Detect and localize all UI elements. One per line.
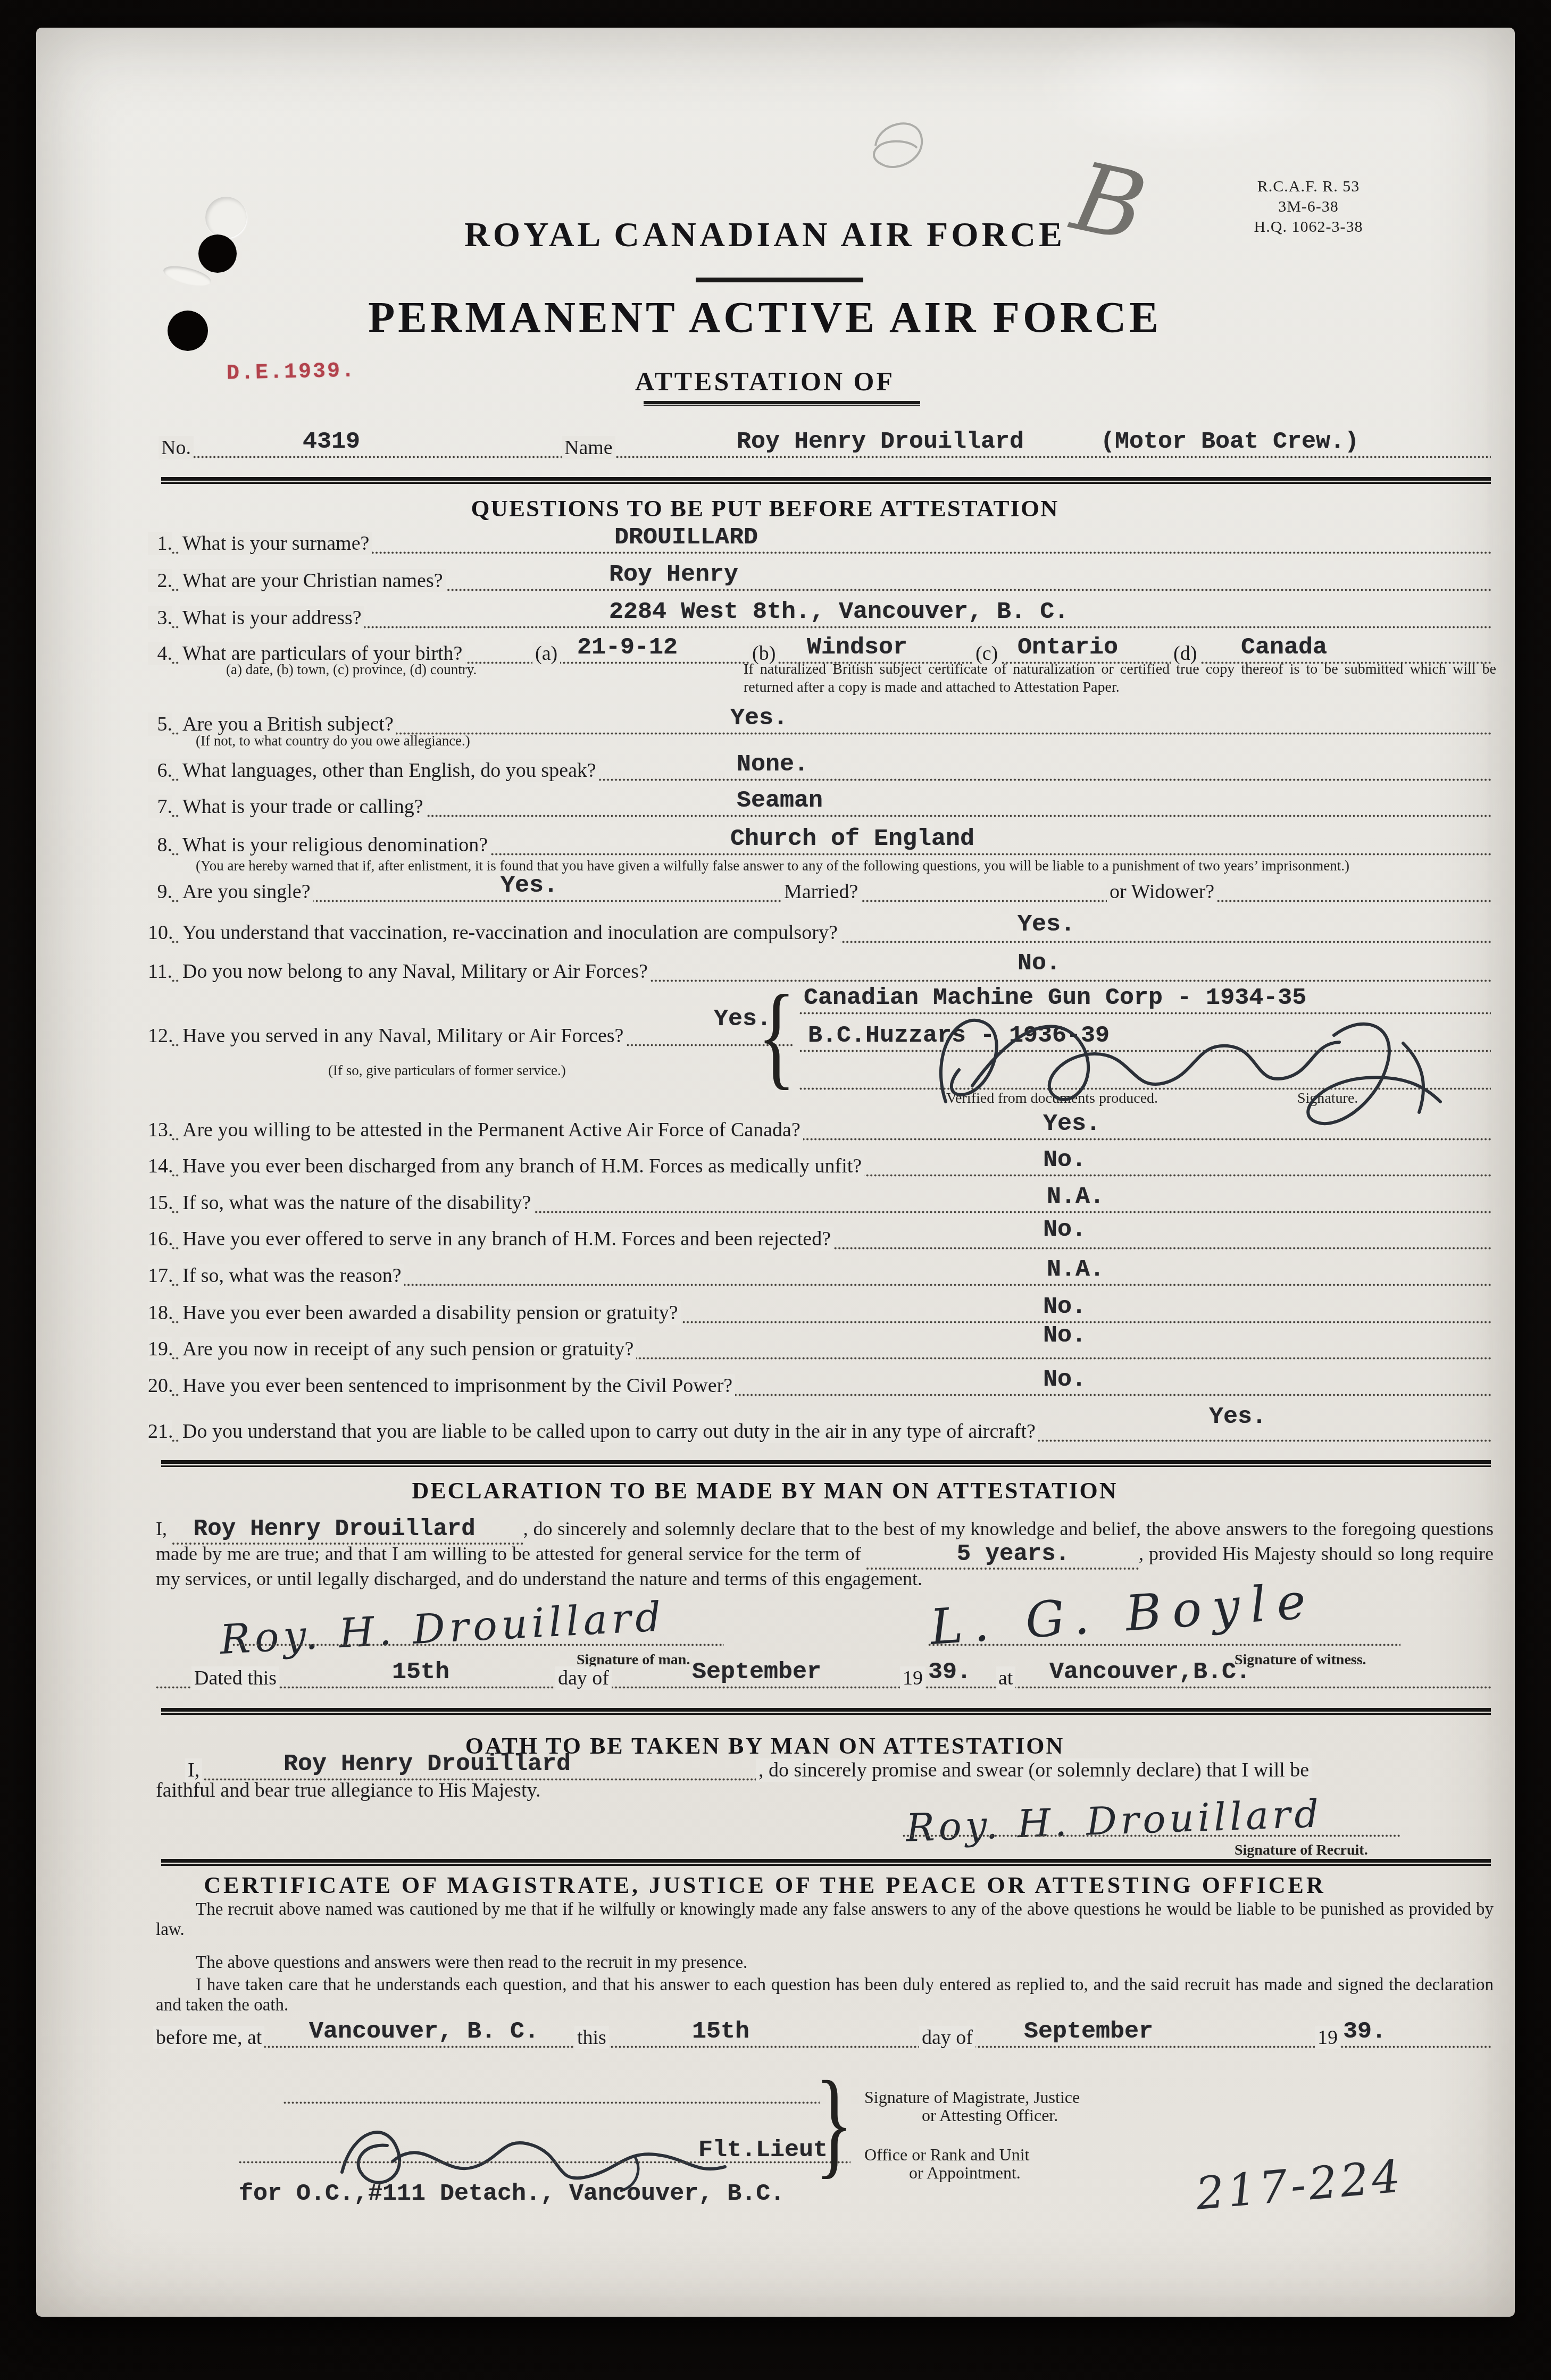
certificate-year-prefix-label: 19 <box>1315 2026 1340 2049</box>
question-15-number: 15. <box>148 1191 172 1214</box>
dated-month-typed: September <box>692 1658 821 1686</box>
question-6-answer: None. <box>737 751 808 778</box>
question-row-10: 10. You understand that vaccination, re-… <box>148 921 1491 945</box>
dotted-leader <box>232 1644 724 1646</box>
question-2-number: 2. <box>148 569 172 592</box>
question-18-number: 18. <box>148 1301 172 1325</box>
question-1-text: What is your surname? <box>180 532 372 555</box>
man-signature-line <box>232 1624 724 1648</box>
this-label: this <box>574 2026 609 2049</box>
question-10-answer: Yes. <box>1018 911 1075 938</box>
question-14-answer: No. <box>1043 1146 1086 1174</box>
form-ref-1: R.C.A.F. R. 53 <box>1239 177 1378 197</box>
question-row-12: 12. Have you served in any Naval, Milita… <box>148 1024 793 1049</box>
question-12-note: (If so, give particulars of former servi… <box>328 1062 566 1079</box>
question-15-answer: N.A. <box>1047 1183 1104 1210</box>
at-label: at <box>996 1666 1015 1690</box>
oath-name-typed: Roy Henry Drouillard <box>283 1750 571 1778</box>
question-row-9: 9. Are you single? Yes. Married? or Wido… <box>148 880 1491 904</box>
title-attestation-of: ATTESTATION OF <box>36 366 1494 397</box>
question-19-answer: No. <box>1043 1322 1086 1349</box>
declaration-term-typed: 5 years. <box>866 1541 1139 1570</box>
question-row-13: 13. Are you willing to be attested in th… <box>148 1118 1491 1143</box>
question-5-number: 5. <box>148 713 172 736</box>
question-7-answer: Seaman <box>737 787 823 814</box>
question-1-answer: DROUILLARD <box>614 524 758 551</box>
question-row-15: 15. If so, what was the nature of the di… <box>148 1191 1491 1216</box>
question-row-16: 16. Have you ever offered to serve in an… <box>148 1227 1491 1252</box>
question-7-text: What is your trade or calling? <box>180 795 426 818</box>
question-13-number: 13. <box>148 1118 172 1142</box>
certificate-brace: } <box>815 2063 853 2183</box>
recruit-signature-line <box>903 1815 1400 1839</box>
day-of-label: day of <box>555 1666 612 1690</box>
question-4-side-note: If naturalized British subject certifica… <box>744 660 1496 697</box>
name-label: Name <box>562 436 615 459</box>
question-12-number: 12. <box>148 1024 172 1047</box>
certificate-year-typed: 39. <box>1343 2018 1386 2045</box>
before-me-line: before me, at Vancouver, B. C. this 15th… <box>156 2026 1491 2050</box>
certificate-heading: CERTIFICATE OF MAGISTRATE, JUSTICE OF TH… <box>36 1872 1494 1899</box>
question-9-text: Are you single? <box>180 880 313 903</box>
dated-place-typed: Vancouver,B.C. <box>1049 1658 1250 1686</box>
question-8-warning-note: (You are hereby warned that if, after en… <box>196 857 1494 874</box>
question-4-note: (a) date, (b) town, (c) province, (d) co… <box>226 661 477 678</box>
question-8-number: 8. <box>148 833 172 857</box>
question-17-answer: N.A. <box>1047 1256 1104 1283</box>
title-divider-rule <box>696 278 863 282</box>
question-row-1: 1. What is your surname? DROUILLARD <box>148 532 1491 556</box>
handwritten-page-ref: 217-224 <box>1194 2150 1405 2220</box>
question-4-part-c-answer: Ontario <box>1018 634 1118 661</box>
question-12-text: Have you served in any Naval, Military o… <box>180 1024 626 1047</box>
question-2-text: What are your Christian names? <box>180 569 446 592</box>
question-3-number: 3. <box>148 606 172 630</box>
question-19-number: 19. <box>148 1337 172 1361</box>
question-6-text: What languages, other than English, do y… <box>180 759 599 782</box>
question-9-number: 9. <box>148 880 172 903</box>
form-ref-2: 3M-6-38 <box>1239 197 1378 217</box>
question-5-answer: Yes. <box>730 705 788 732</box>
question-4-number: 4. <box>148 642 172 665</box>
question-row-18: 18. Have you ever been awarded a disabil… <box>148 1301 1491 1326</box>
question-4-part-b-answer: Windsor <box>807 634 907 661</box>
oath-heading: OATH TO BE TAKEN BY MAN ON ATTESTATION <box>36 1732 1494 1759</box>
question-14-number: 14. <box>148 1154 172 1178</box>
question-14-text: Have you ever been discharged from any b… <box>180 1154 864 1178</box>
title-permanent-active-air-force: PERMANENT ACTIVE AIR FORCE <box>36 292 1494 342</box>
office-rank-caption-2: or Appointment. <box>909 2163 1021 2183</box>
question-4-part-d-answer: Canada <box>1241 634 1327 661</box>
dotted-leader <box>903 1834 1400 1837</box>
questions-end-rule <box>161 1460 1491 1467</box>
dotted-leader <box>156 2046 1491 2048</box>
before-me-label: before me, at <box>153 2026 264 2049</box>
declaration-name-typed: Roy Henry Drouillard <box>172 1516 523 1545</box>
for-oc-detachment-line: for O.C.,#111 Detach., Vancouver, B.C. <box>239 2180 785 2207</box>
header-section-rule <box>161 477 1491 484</box>
question-row-21: 21. Do you understand that you are liabl… <box>148 1420 1491 1444</box>
question-4-part-a-answer: 21-9-12 <box>577 634 678 661</box>
question-16-number: 16. <box>148 1227 172 1251</box>
dated-label: Dated this <box>191 1666 279 1690</box>
dotted-leader <box>283 2101 820 2104</box>
certificate-para-1: The recruit above named was cautioned by… <box>156 1899 1494 1940</box>
question-20-number: 20. <box>148 1374 172 1397</box>
question-8-text: What is your religious denomination? <box>180 833 490 857</box>
question-19-text: Are you now in receipt of any such pensi… <box>180 1337 636 1361</box>
question-17-number: 17. <box>148 1264 172 1287</box>
question-7-number: 7. <box>148 795 172 818</box>
dated-line: Dated this 15th day of September 19 39. … <box>156 1666 1491 1691</box>
question-20-text: Have you ever been sentenced to imprison… <box>180 1374 735 1397</box>
id-line: No. 4319 Name Roy Henry Drouillard (Moto… <box>161 436 1491 460</box>
attestation-form-page: B R.C.A.F. R. 53 3M-6-38 H.Q. 1062-3-38 … <box>36 28 1515 2317</box>
question-10-number: 10. <box>148 921 172 944</box>
question-11-number: 11. <box>148 960 172 983</box>
question-row-7: 7. What is your trade or calling? Seaman <box>148 795 1491 819</box>
question-row-14: 14. Have you ever been discharged from a… <box>148 1154 1491 1179</box>
name-suffix-value: (Motor Boat Crew.) <box>1100 428 1359 455</box>
question-17-text: If so, what was the reason? <box>180 1264 404 1287</box>
question-5-note: (If not, to what country do you owe alle… <box>196 733 470 749</box>
question-9-widower-label: or Widower? <box>1107 880 1217 903</box>
question-13-text: Are you willing to be attested in the Pe… <box>180 1118 803 1142</box>
question-18-text: Have you ever been awarded a disability … <box>180 1301 681 1325</box>
dotted-leader <box>161 456 1491 458</box>
question-20-answer: No. <box>1043 1366 1086 1393</box>
certificate-para-2: The above questions and answers were the… <box>156 1952 1494 1973</box>
dotted-leader <box>156 1686 1491 1689</box>
question-13-answer: Yes. <box>1043 1110 1100 1137</box>
question-8-answer: Church of England <box>730 825 974 852</box>
oath-end-rule <box>161 1859 1491 1866</box>
dotted-leader <box>928 1644 1400 1646</box>
recruit-signature-label: Signature of Recruit. <box>1235 1842 1368 1859</box>
certificate-place-typed: Vancouver, B. C. <box>309 2018 539 2045</box>
no-label: No. <box>159 436 194 459</box>
question-16-text: Have you ever offered to serve in any br… <box>180 1227 833 1251</box>
question-row-17: 17. If so, what was the reason? N.A. <box>148 1264 1491 1288</box>
question-15-text: If so, what was the nature of the disabi… <box>180 1191 533 1214</box>
question-4-part-a-label: (a) <box>532 642 560 665</box>
certificate-month-typed: September <box>1024 2018 1153 2045</box>
name-value: Roy Henry Drouillard <box>737 428 1024 455</box>
question-6-number: 6. <box>148 759 172 782</box>
declaration-intro-label: I, <box>156 1518 167 1539</box>
office-rank-caption-1: Office or Rank and Unit <box>864 2145 1029 2165</box>
question-row-2: 2. What are your Christian names? Roy He… <box>148 569 1491 593</box>
questions-section-heading: QUESTIONS TO BE PUT BEFORE ATTESTATION <box>36 495 1494 522</box>
question-row-3: 3. What is your address? 2284 West 8th.,… <box>148 606 1491 631</box>
question-row-19: 19. Are you now in receipt of any such p… <box>148 1337 1491 1362</box>
question-11-text: Do you now belong to any Naval, Military… <box>180 960 651 983</box>
attestation-of-underline <box>644 401 920 406</box>
photo-background: { "page": { "form_refs": ["R.C.A.F. R. 5… <box>0 0 1551 2380</box>
declaration-heading: DECLARATION TO BE MADE BY MAN ON ATTESTA… <box>36 1477 1494 1504</box>
question-9-answer: Yes. <box>501 872 558 899</box>
declaration-end-rule <box>161 1708 1491 1715</box>
certificate-day-typed: 15th <box>692 2018 749 2045</box>
question-3-answer: 2284 West 8th., Vancouver, B. C. <box>609 598 1069 625</box>
question-16-answer: No. <box>1043 1216 1086 1243</box>
question-3-text: What is your address? <box>180 606 364 630</box>
certificate-day-of-label: day of <box>919 2026 975 2049</box>
question-11-answer: No. <box>1018 950 1061 977</box>
question-21-text: Do you understand that you are liable to… <box>180 1420 1038 1443</box>
pencil-scribble <box>864 113 936 177</box>
dotted-leader <box>239 2161 850 2164</box>
question-row-6: 6. What languages, other than English, d… <box>148 759 1491 783</box>
question-10-text: You understand that vaccination, re-vacc… <box>180 921 840 944</box>
title-royal-canadian-air-force: ROYAL CANADIAN AIR FORCE <box>36 215 1494 255</box>
question-1-number: 1. <box>148 532 172 555</box>
magistrate-signature-caption-1: Signature of Magistrate, Justice <box>864 2088 1080 2107</box>
magistrate-signature-caption-2: or Attesting Officer. <box>922 2106 1058 2125</box>
dated-year-typed: 39. <box>928 1658 971 1686</box>
witness-signature-line <box>928 1624 1400 1648</box>
question-9-married-label: Married? <box>781 880 861 903</box>
question-row-8: 8. What is your religious denomination? … <box>148 833 1491 858</box>
paper-glare <box>1036 20 1334 153</box>
question-2-answer: Roy Henry <box>609 561 738 588</box>
question-18-answer: No. <box>1043 1293 1086 1320</box>
question-21-answer: Yes. <box>1209 1403 1266 1430</box>
certificate-para-3: I have taken care that he understands ea… <box>156 1975 1494 2015</box>
year-prefix-label: 19 <box>900 1666 925 1690</box>
service-number-value: 4319 <box>303 428 360 455</box>
officer-rank-line <box>239 2141 850 2166</box>
dated-day-typed: 15th <box>392 1658 449 1686</box>
question-row-20: 20. Have you ever been sentenced to impr… <box>148 1374 1491 1398</box>
magistrate-signature-line <box>283 2082 820 2106</box>
question-21-number: 21. <box>148 1420 172 1443</box>
question-12-brace: { <box>757 978 796 1094</box>
